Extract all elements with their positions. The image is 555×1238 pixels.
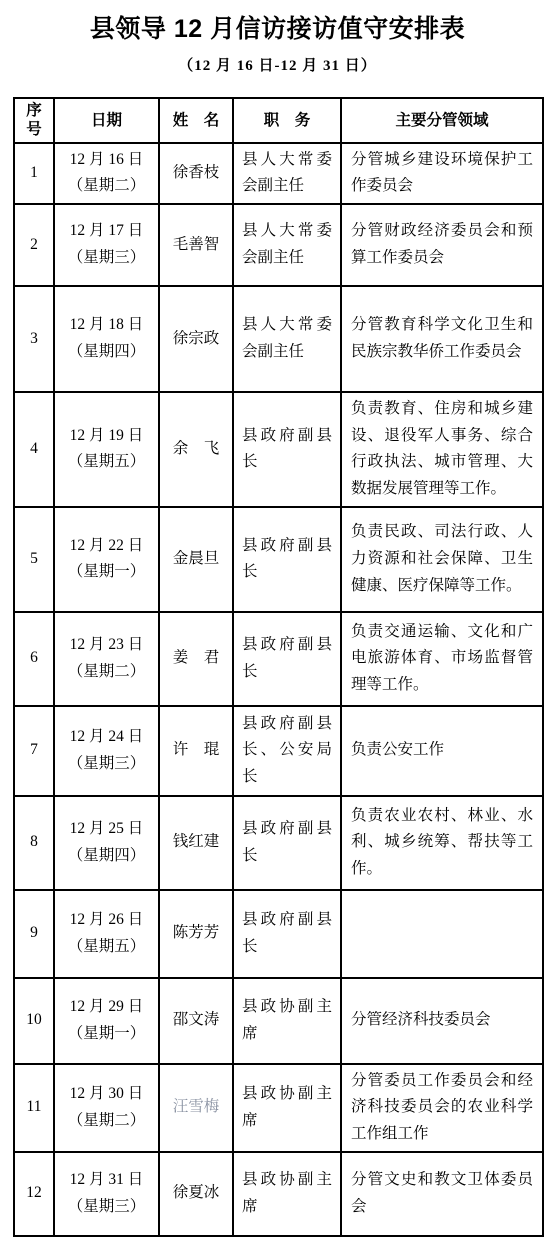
cell-area: 分管城乡建设环境保护工作委员会 xyxy=(341,143,543,204)
cell-number: 12 xyxy=(14,1152,54,1236)
cell-name: 陈芳芳 xyxy=(159,890,233,978)
header-row: 序号 日期 姓 名 职 务 主要分管领域 xyxy=(14,98,543,143)
cell-date: 12 月 31 日 （星期三） xyxy=(54,1152,159,1236)
cell-position: 县政协副主席 xyxy=(233,1064,341,1152)
cell-area: 负责教育、住房和城乡建设、退役军人事务、综合行政执法、城市管理、大数据发展管理等… xyxy=(341,392,543,507)
cell-position: 县政府副县长 xyxy=(233,392,341,507)
cell-name: 徐香枝 xyxy=(159,143,233,204)
cell-position: 县人大常委会副主任 xyxy=(233,286,341,392)
cell-name: 徐夏冰 xyxy=(159,1152,233,1236)
table-row: 9 12 月 26 日 （星期五） 陈芳芳 县政府副县长 xyxy=(14,890,543,978)
cell-name: 钱红建 xyxy=(159,796,233,890)
cell-number: 5 xyxy=(14,507,54,612)
cell-number: 6 xyxy=(14,612,54,706)
table-row: 5 12 月 22 日 （星期一） 金晨旦 县政府副县长 负责民政、司法行政、人… xyxy=(14,507,543,612)
cell-position: 县政府副县长 xyxy=(233,890,341,978)
cell-date: 12 月 17 日 （星期三） xyxy=(54,204,159,286)
schedule-table-body: 1 12 月 16 日 （星期二） 徐香枝 县人大常委会副主任 分管城乡建设环境… xyxy=(14,143,543,1236)
schedule-table: 序号 日期 姓 名 职 务 主要分管领域 1 12 月 16 日 （星期二） 徐… xyxy=(13,97,544,1237)
cell-number: 2 xyxy=(14,204,54,286)
cell-name: 邵文涛 xyxy=(159,978,233,1064)
cell-area: 分管经济科技委员会 xyxy=(341,978,543,1064)
cell-date: 12 月 25 日 （星期四） xyxy=(54,796,159,890)
cell-date: 12 月 18 日 （星期四） xyxy=(54,286,159,392)
cell-name: 许 琨 xyxy=(159,706,233,796)
cell-date: 12 月 24 日 （星期三） xyxy=(54,706,159,796)
cell-position: 县政协副主席 xyxy=(233,978,341,1064)
col-header-date: 日期 xyxy=(54,98,159,143)
cell-area: 负责交通运输、文化和广电旅游体育、市场监督管理等工作。 xyxy=(341,612,543,706)
schedule-table-header: 序号 日期 姓 名 职 务 主要分管领域 xyxy=(14,98,543,143)
table-row: 2 12 月 17 日 （星期三） 毛善智 县人大常委会副主任 分管财政经济委员… xyxy=(14,204,543,286)
cell-date: 12 月 30 日 （星期二） xyxy=(54,1064,159,1152)
cell-area: 分管教育科学文化卫生和民族宗教华侨工作委员会 xyxy=(341,286,543,392)
cell-position: 县人大常委会副主任 xyxy=(233,204,341,286)
col-header-number: 序号 xyxy=(14,98,54,143)
cell-area: 负责农业农村、林业、水利、城乡统筹、帮扶等工作。 xyxy=(341,796,543,890)
cell-date: 12 月 26 日 （星期五） xyxy=(54,890,159,978)
cell-area: 负责民政、司法行政、人力资源和社会保障、卫生健康、医疗保障等工作。 xyxy=(341,507,543,612)
cell-number: 7 xyxy=(14,706,54,796)
cell-number: 8 xyxy=(14,796,54,890)
cell-name: 姜 君 xyxy=(159,612,233,706)
cell-area: 分管委员工作委员会和经济科技委员会的农业科学工作组工作 xyxy=(341,1064,543,1152)
cell-area: 分管财政经济委员会和预算工作委员会 xyxy=(341,204,543,286)
cell-date: 12 月 29 日 （星期一） xyxy=(54,978,159,1064)
table-row: 8 12 月 25 日 （星期四） 钱红建 县政府副县长 负责农业农村、林业、水… xyxy=(14,796,543,890)
table-row: 1 12 月 16 日 （星期二） 徐香枝 县人大常委会副主任 分管城乡建设环境… xyxy=(14,143,543,204)
table-row: 4 12 月 19 日 （星期五） 余 飞 县政府副县长 负责教育、住房和城乡建… xyxy=(14,392,543,507)
cell-area xyxy=(341,890,543,978)
table-row: 12 12 月 31 日 （星期三） 徐夏冰 县政协副主席 分管文史和教文卫体委… xyxy=(14,1152,543,1236)
cell-number: 10 xyxy=(14,978,54,1064)
cell-date: 12 月 16 日 （星期二） xyxy=(54,143,159,204)
cell-area: 分管文史和教文卫体委员会 xyxy=(341,1152,543,1236)
col-header-name: 姓 名 xyxy=(159,98,233,143)
cell-position: 县政协副主席 xyxy=(233,1152,341,1236)
cell-name: 毛善智 xyxy=(159,204,233,286)
table-row: 7 12 月 24 日 （星期三） 许 琨 县政府副县长、公安局长 负责公安工作 xyxy=(14,706,543,796)
cell-number: 1 xyxy=(14,143,54,204)
table-row: 11 12 月 30 日 （星期二） 汪雪梅 县政协副主席 分管委员工作委员会和… xyxy=(14,1064,543,1152)
table-row: 10 12 月 29 日 （星期一） 邵文涛 县政协副主席 分管经济科技委员会 xyxy=(14,978,543,1064)
table-row: 6 12 月 23 日 （星期二） 姜 君 县政府副县长 负责交通运输、文化和广… xyxy=(14,612,543,706)
page-title: 县领导 12 月信访接访值守安排表 xyxy=(0,0,555,45)
cell-position: 县政府副县长 xyxy=(233,796,341,890)
cell-position: 县政府副县长 xyxy=(233,507,341,612)
cell-position: 县政府副县长、公安局长 xyxy=(233,706,341,796)
cell-position: 县人大常委会副主任 xyxy=(233,143,341,204)
page-subtitle: （12 月 16 日-12 月 31 日） xyxy=(0,54,555,75)
cell-area: 负责公安工作 xyxy=(341,706,543,796)
cell-number: 11 xyxy=(14,1064,54,1152)
cell-number: 9 xyxy=(14,890,54,978)
cell-name: 余 飞 xyxy=(159,392,233,507)
col-header-position: 职 务 xyxy=(233,98,341,143)
cell-number: 3 xyxy=(14,286,54,392)
cell-name: 徐宗政 xyxy=(159,286,233,392)
table-row: 3 12 月 18 日 （星期四） 徐宗政 县人大常委会副主任 分管教育科学文化… xyxy=(14,286,543,392)
cell-date: 12 月 23 日 （星期二） xyxy=(54,612,159,706)
cell-date: 12 月 22 日 （星期一） xyxy=(54,507,159,612)
cell-name: 金晨旦 xyxy=(159,507,233,612)
cell-name: 汪雪梅 xyxy=(159,1064,233,1152)
cell-number: 4 xyxy=(14,392,54,507)
cell-date: 12 月 19 日 （星期五） xyxy=(54,392,159,507)
col-header-area: 主要分管领域 xyxy=(341,98,543,143)
cell-position: 县政府副县长 xyxy=(233,612,341,706)
